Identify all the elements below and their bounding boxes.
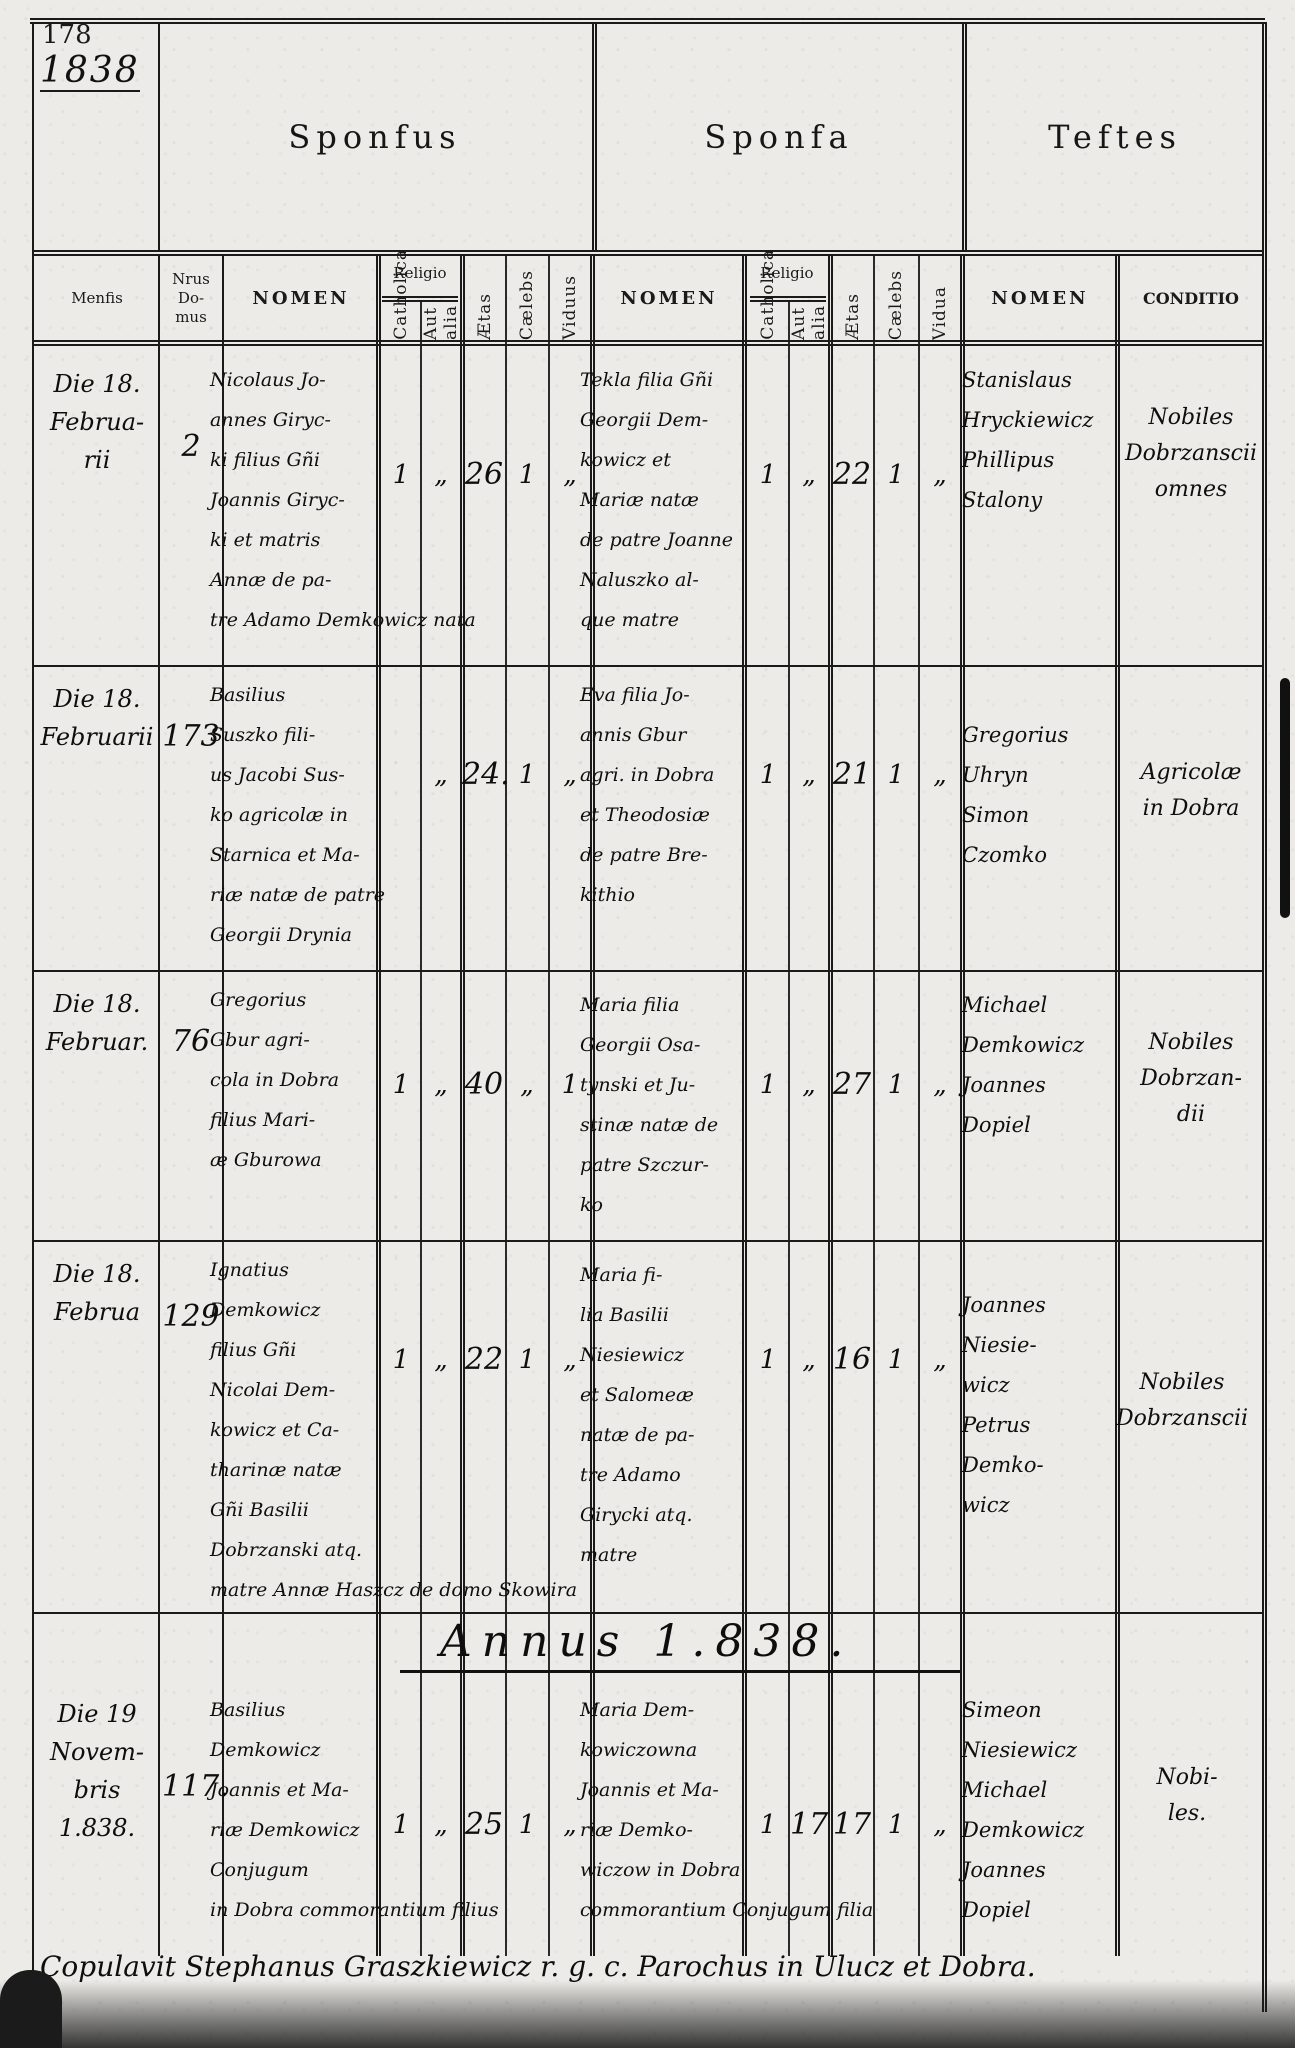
row-separator-2 — [34, 970, 1264, 972]
sponsa-title: Sponfa — [598, 22, 960, 252]
corner-blot — [0, 1970, 62, 2048]
officiant-signature: Copulavit Stephanus Graszkiewicz r. g. c… — [40, 1950, 1036, 1983]
sponsus-aut-alia: „ — [422, 1810, 460, 1840]
title-divider-3 — [962, 22, 967, 252]
testes-title: Teftes — [968, 22, 1262, 252]
record-date: Die 18. Februarii — [36, 680, 158, 756]
header-caelebs: Cælebs — [507, 256, 547, 340]
testes-names: Gregorius Uhryn Simon Czomko — [962, 715, 1117, 875]
sponsa-vidua: „ — [920, 1810, 960, 1840]
sponsa-vidua: „ — [920, 1070, 960, 1100]
register-page: 178 1838 Sponfus Sponfa Teftes Menfis Nr… — [0, 0, 1295, 2048]
section-banner-rule — [400, 1670, 960, 1673]
sponsa-aetas: 16 — [830, 1343, 874, 1377]
sponsus-caelebs: „ — [507, 1070, 547, 1100]
header-aetas-2: Ætas — [834, 256, 872, 340]
page-year: 1838 — [40, 52, 140, 92]
sponsa-caelebs: 1 — [875, 460, 917, 490]
sponsa-caelebs: 1 — [875, 760, 917, 790]
sponsa-aetas: 22 — [830, 458, 874, 492]
sponsa-catholica: 1 — [748, 1070, 788, 1100]
sponsa-aut-alia: „ — [790, 760, 828, 790]
sponsus-catholica: 1 — [382, 1070, 420, 1100]
sponsus-name: Nicolaus Jo- annes Giryc- ki filius Gñi … — [210, 360, 510, 640]
sponsus-caelebs: 1 — [507, 1345, 547, 1375]
page-number: 178 — [42, 22, 92, 48]
sponsa-vidua: „ — [920, 460, 960, 490]
record-date: Die 18. Februa- rii — [36, 365, 158, 479]
testes-conditio: Nobi- les. — [1110, 1760, 1264, 1832]
sponsa-caelebs: 1 — [875, 1810, 917, 1840]
record-date: Die 18. Februar. — [36, 985, 158, 1061]
header-bottom-rule — [34, 340, 1264, 346]
sponsus-aut-alia: „ — [422, 1070, 460, 1100]
sponsa-catholica: 1 — [748, 1345, 788, 1375]
sponsa-name: Maria fi- lia Basilii Niesiewicz et Salo… — [580, 1255, 745, 1575]
header-caelebs-2: Cælebs — [875, 256, 917, 340]
sponsus-aut-alia: „ — [422, 460, 460, 490]
sponsus-catholica: 1 — [382, 1345, 420, 1375]
header-testes-nomen: NOMEN — [966, 256, 1114, 340]
header-viduus: Viduus — [550, 256, 590, 340]
sponsa-aut-alia: „ — [790, 460, 828, 490]
sponsus-name: Ignatius Demkowicz filius Gñi Nicolai De… — [210, 1250, 630, 1610]
header-catholica-2: Catholica — [748, 300, 788, 340]
record-date: Die 19 Novem- bris 1.838. — [36, 1695, 158, 1847]
header-sponsa-nomen: NOMEN — [596, 256, 742, 340]
sponsus-aetas: 25 — [462, 1808, 506, 1842]
page-bottom-shadow — [0, 1980, 1295, 2048]
sponsa-aetas: 17 — [830, 1808, 874, 1842]
testes-conditio: Nobiles Dobrzanscii — [1100, 1365, 1264, 1437]
sponsa-caelebs: 1 — [875, 1345, 917, 1375]
sponsa-aut-alia: 17 — [790, 1808, 828, 1842]
sponsa-aetas: 21 — [830, 758, 874, 792]
sponsus-aetas: 24. — [462, 758, 506, 792]
col-line-mensis — [158, 256, 160, 1956]
testes-conditio: Agricolæ in Dobra — [1118, 755, 1264, 827]
header-vidua: Vidua — [920, 256, 960, 340]
sponsus-catholica: 1 — [382, 1810, 420, 1840]
sponsus-aut-alia: „ — [422, 760, 460, 790]
sponsa-vidua: „ — [920, 1345, 960, 1375]
row-separator-1 — [34, 665, 1264, 667]
sponsa-caelebs: 1 — [875, 1070, 917, 1100]
record-date: Die 18. Februa — [36, 1255, 158, 1331]
sponsus-caelebs: 1 — [507, 1810, 547, 1840]
sponsus-title: Sponfus — [160, 22, 590, 252]
sponsus-aetas: 26 — [462, 458, 506, 492]
sponsus-aetas: 22 — [462, 1343, 506, 1377]
testes-conditio: Nobiles Dobrzanscii omnes — [1118, 400, 1264, 508]
sponsus-aut-alia: „ — [422, 1345, 460, 1375]
header-conditio: CONDITIO — [1120, 256, 1262, 340]
testes-names: Stanislaus Hryckiewicz Phillipus Stalony — [962, 360, 1117, 520]
sponsa-name: Eva filia Jo- annis Gbur agri. in Dobra … — [580, 675, 745, 915]
sponsus-name: Gregorius Gbur agri- cola in Dobra filiu… — [210, 980, 380, 1180]
sponsa-name: Maria filia Georgii Osa- tynski et Ju- s… — [580, 985, 745, 1225]
sponsa-name: Tekla filia Gñi Georgii Dem- kowicz et M… — [580, 360, 745, 640]
sponsa-aut-alia: „ — [790, 1345, 828, 1375]
sponsa-catholica: 1 — [748, 1810, 788, 1840]
sponsa-catholica: 1 — [748, 460, 788, 490]
header-nrus-domus: Nrus Do-mus — [162, 256, 220, 340]
testes-conditio: Nobiles Dobrzan- dii — [1118, 1025, 1264, 1133]
sponsus-caelebs: 1 — [507, 760, 547, 790]
binding-edge-mark — [1280, 678, 1290, 918]
right-border — [1262, 22, 1267, 2012]
row-separator-3 — [34, 1240, 1264, 1242]
sponsa-catholica: 1 — [748, 760, 788, 790]
sponsus-caelebs: 1 — [507, 460, 547, 490]
title-divider-2 — [592, 22, 597, 252]
row-separator-4 — [34, 1612, 1264, 1614]
header-aut-alia-1: Aut alia — [422, 300, 460, 340]
testes-names: Simeon Niesiewicz Michael Demkowicz Joan… — [962, 1690, 1117, 1930]
sponsa-aut-alia: „ — [790, 1070, 828, 1100]
header-catholica-1: Catholica — [382, 300, 420, 340]
section-banner-year: Annus 1.838. — [440, 1616, 853, 1667]
testes-names: Joannes Niesie- wicz Petrus Demko- wicz — [962, 1285, 1117, 1525]
testes-names: Michael Demkowicz Joannes Dopiel — [962, 985, 1117, 1145]
sponsus-name: Basilius Suszko fili- us Jacobi Sus- ko … — [210, 675, 390, 955]
sponsus-catholica: 1 — [382, 460, 420, 490]
sponsus-aetas: 40 — [462, 1068, 506, 1102]
header-aut-alia-2: Aut alia — [790, 300, 828, 340]
left-border — [32, 22, 34, 2012]
sponsa-vidua: „ — [920, 760, 960, 790]
header-sponsus-nomen: NOMEN — [226, 256, 376, 340]
header-aetas-1: Ætas — [466, 256, 504, 340]
sponsa-aetas: 27 — [830, 1068, 874, 1102]
header-mensis: Menfis — [36, 256, 158, 340]
